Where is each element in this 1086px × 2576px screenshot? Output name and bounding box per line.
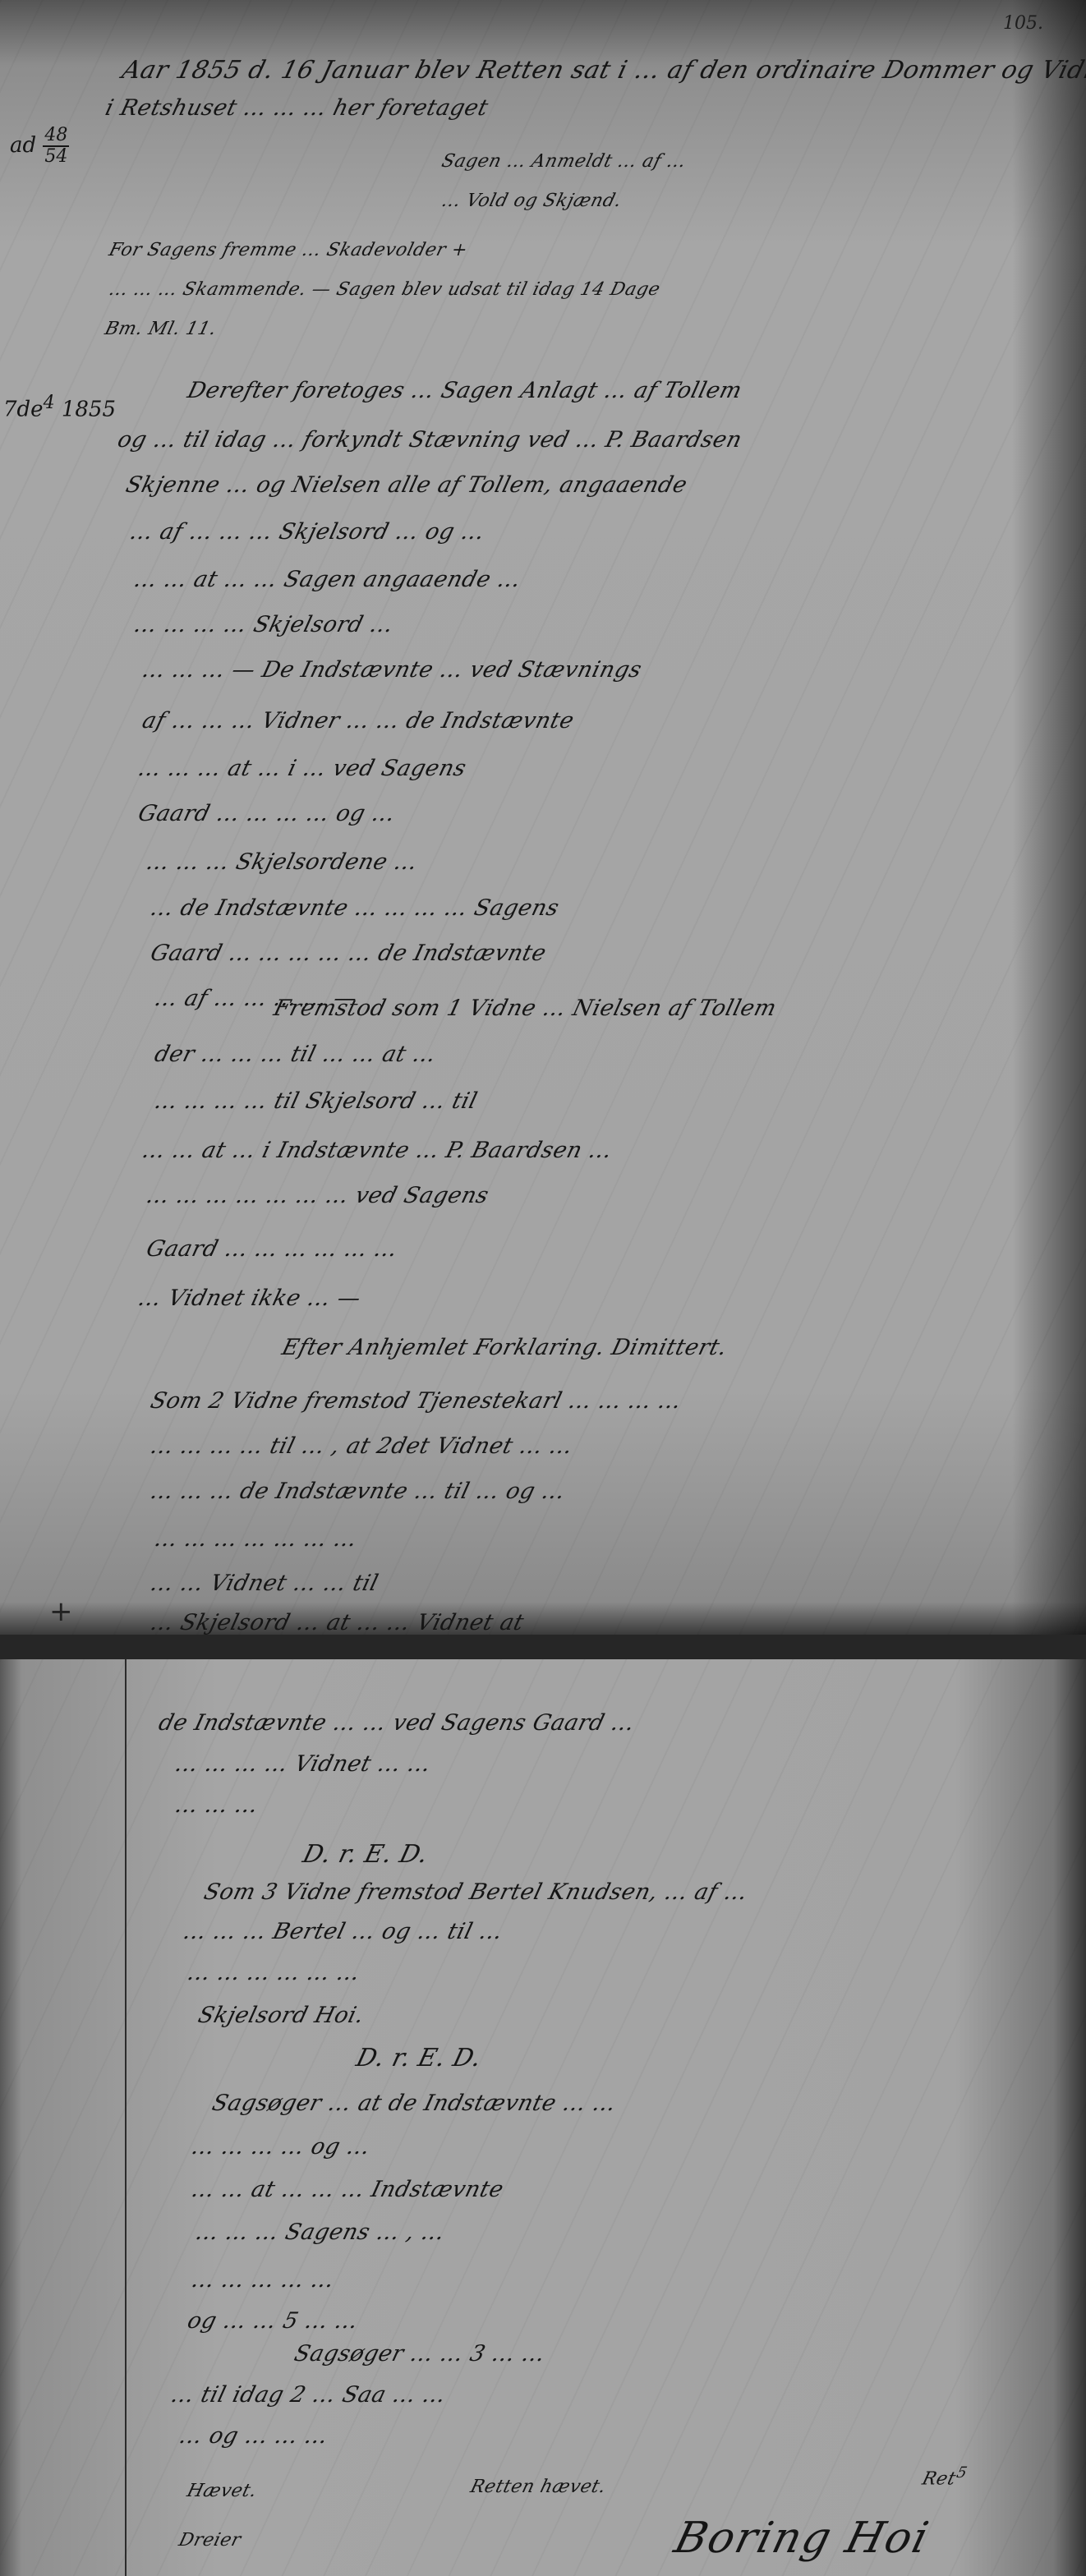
line: ... ... ... at ... i ... ved Sagens [136, 756, 469, 781]
signature-left: Dreier [177, 2530, 243, 2551]
line: de Indstævnte ... ... ved Sagens Gaard .… [156, 1710, 637, 1736]
line: For Sagens fremme ... Skadevolder + [107, 240, 470, 260]
closing-note: Ret5 [920, 2464, 969, 2489]
line: Som 2 Vidne fremstod Tjenestekarl ... ..… [148, 1388, 684, 1414]
closing-right-note: Ret [920, 2468, 958, 2489]
line: Derefter foretoges ... Sagen Anlagt ... … [185, 378, 745, 403]
line: ... ... ... de Indstævnte ... til ... og… [148, 1479, 568, 1504]
line: ... ... ... ... Vidnet ... ... [173, 1751, 434, 1777]
line: ... ... ... ... ... ... ... ved Sagens [144, 1183, 491, 1208]
line: ... Vidnet ikke ... — [136, 1286, 364, 1311]
line: Gaard ... ... ... ... ... ... [144, 1236, 400, 1262]
line: ... Skjelsord ... at ... ... Vidnet at [148, 1610, 527, 1635]
line: ... ... ... Skammende. — Sagen blev udsa… [107, 279, 662, 300]
oath-abbreviation: D. r. E. D. [353, 2044, 485, 2072]
date-note-sup: 4 [44, 393, 55, 413]
date-note-year: 1855 [62, 398, 116, 422]
ad-numerator: 48 [43, 126, 69, 147]
line: ... ... ... ... Skjelsord ... [131, 612, 396, 637]
line: ... ... ... Bertel ... og ... til ... [181, 1919, 505, 1944]
line: og ... ... 5 ... ... [185, 2308, 361, 2334]
line: ... ... ... [173, 1792, 261, 1818]
margin-cross-mark: + [49, 1595, 73, 1628]
line: Bm. Ml. 11. [103, 319, 219, 339]
judge-signature: Boring Hoi [670, 2514, 935, 2563]
ad-fraction: 48 54 [43, 126, 69, 167]
line: der ... ... ... til ... ... at ... [152, 1042, 439, 1067]
line: Skjenne ... og Nielsen alle af Tollem, a… [123, 472, 690, 498]
line: ... ... ... ... til Skjelsord ... til [152, 1088, 480, 1114]
line: ... ... at ... i Indstævnte ... P. Baard… [140, 1138, 614, 1163]
line: ... og ... ... ... [177, 2423, 331, 2449]
line: af ... ... ... Vidner ... ... de Indstæv… [140, 708, 577, 734]
page-gap [0, 1635, 1086, 1659]
line: Fremstod som 1 Vidne ... Nielsen af Toll… [271, 996, 779, 1021]
line: ... Vold og Skjænd. [439, 191, 624, 211]
line: ... ... ... ... ... ... ... [152, 1526, 360, 1552]
line: ... ... at ... ... Sagen angaaende ... [131, 567, 523, 592]
margin-ad-reference: ad 48 54 [10, 126, 69, 167]
line: ... ... ... ... til ... , at 2det Vidnet… [148, 1433, 575, 1459]
line: Gaard ... ... ... ... ... de Indstævnte [148, 941, 549, 966]
date-note-label: 7de [3, 398, 44, 422]
line: ... ... ... ... og ... [189, 2134, 373, 2160]
oath-abbreviation: D. r. E. D. [300, 1840, 431, 1869]
closing-note: Retten hævet. [468, 2477, 608, 2497]
line: ... ... Vidnet ... ... til [148, 1571, 381, 1596]
line: ... ... ... Sagens ... , ... [193, 2219, 448, 2245]
margin-date-note: 7de4 1855 [3, 393, 116, 422]
bottom-page: de Indstævnte ... ... ved Sagens Gaard .… [0, 1659, 1086, 2576]
ad-label: ad [10, 133, 36, 158]
line: ... til idag 2 ... Saa ... ... [168, 2382, 449, 2408]
line: og ... til idag ... forkyndt Stævning ve… [115, 427, 744, 453]
ad-denominator: 54 [43, 147, 69, 167]
line: Sagsøger ... ... 3 ... ... [292, 2341, 548, 2367]
line: ... ... at ... ... ... Indstævnte [189, 2177, 506, 2202]
line: ... ... ... ... ... ... [185, 1960, 363, 1985]
line: Skjelsord Hoi. [196, 2003, 366, 2028]
line: Gaard ... ... ... ... og ... [136, 801, 398, 826]
page-edge-shadow [1012, 0, 1086, 1635]
line: ... de Indstævnte ... ... ... ... Sagens [148, 895, 562, 921]
margin-rule-line [125, 1659, 127, 2576]
oath-line: Efter Anhjemlet Forklaring. Dimittert. [279, 1335, 729, 1360]
closing-right-sup: 5 [955, 2464, 969, 2482]
closing-note: Hævet. [185, 2481, 259, 2501]
line: Som 3 Vidne fremstod Bertel Knudsen, ...… [201, 1879, 750, 1905]
line: ... ... ... ... ... [189, 2267, 337, 2293]
line: i Retshuset ... ... ... her foretaget [103, 95, 491, 121]
line: Aar 1855 d. 16 Januar blev Retten sat i … [119, 56, 1086, 85]
line: ... ... ... Skjelsordene ... [144, 849, 421, 875]
page-number: 105. [1003, 13, 1043, 34]
line: ... af ... ... ... Skjelsord ... og ... [127, 519, 487, 545]
line: Sagen ... Anmeldt ... af ... [439, 151, 688, 172]
top-page: 105. ad 48 54 7de4 1855 Aar 1855 d. 16 J… [0, 0, 1086, 1635]
line: ... ... ... — De Indstævnte ... ved Stæv… [140, 657, 644, 683]
line: Sagsøger ... at de Indstævnte ... ... [209, 2091, 619, 2116]
